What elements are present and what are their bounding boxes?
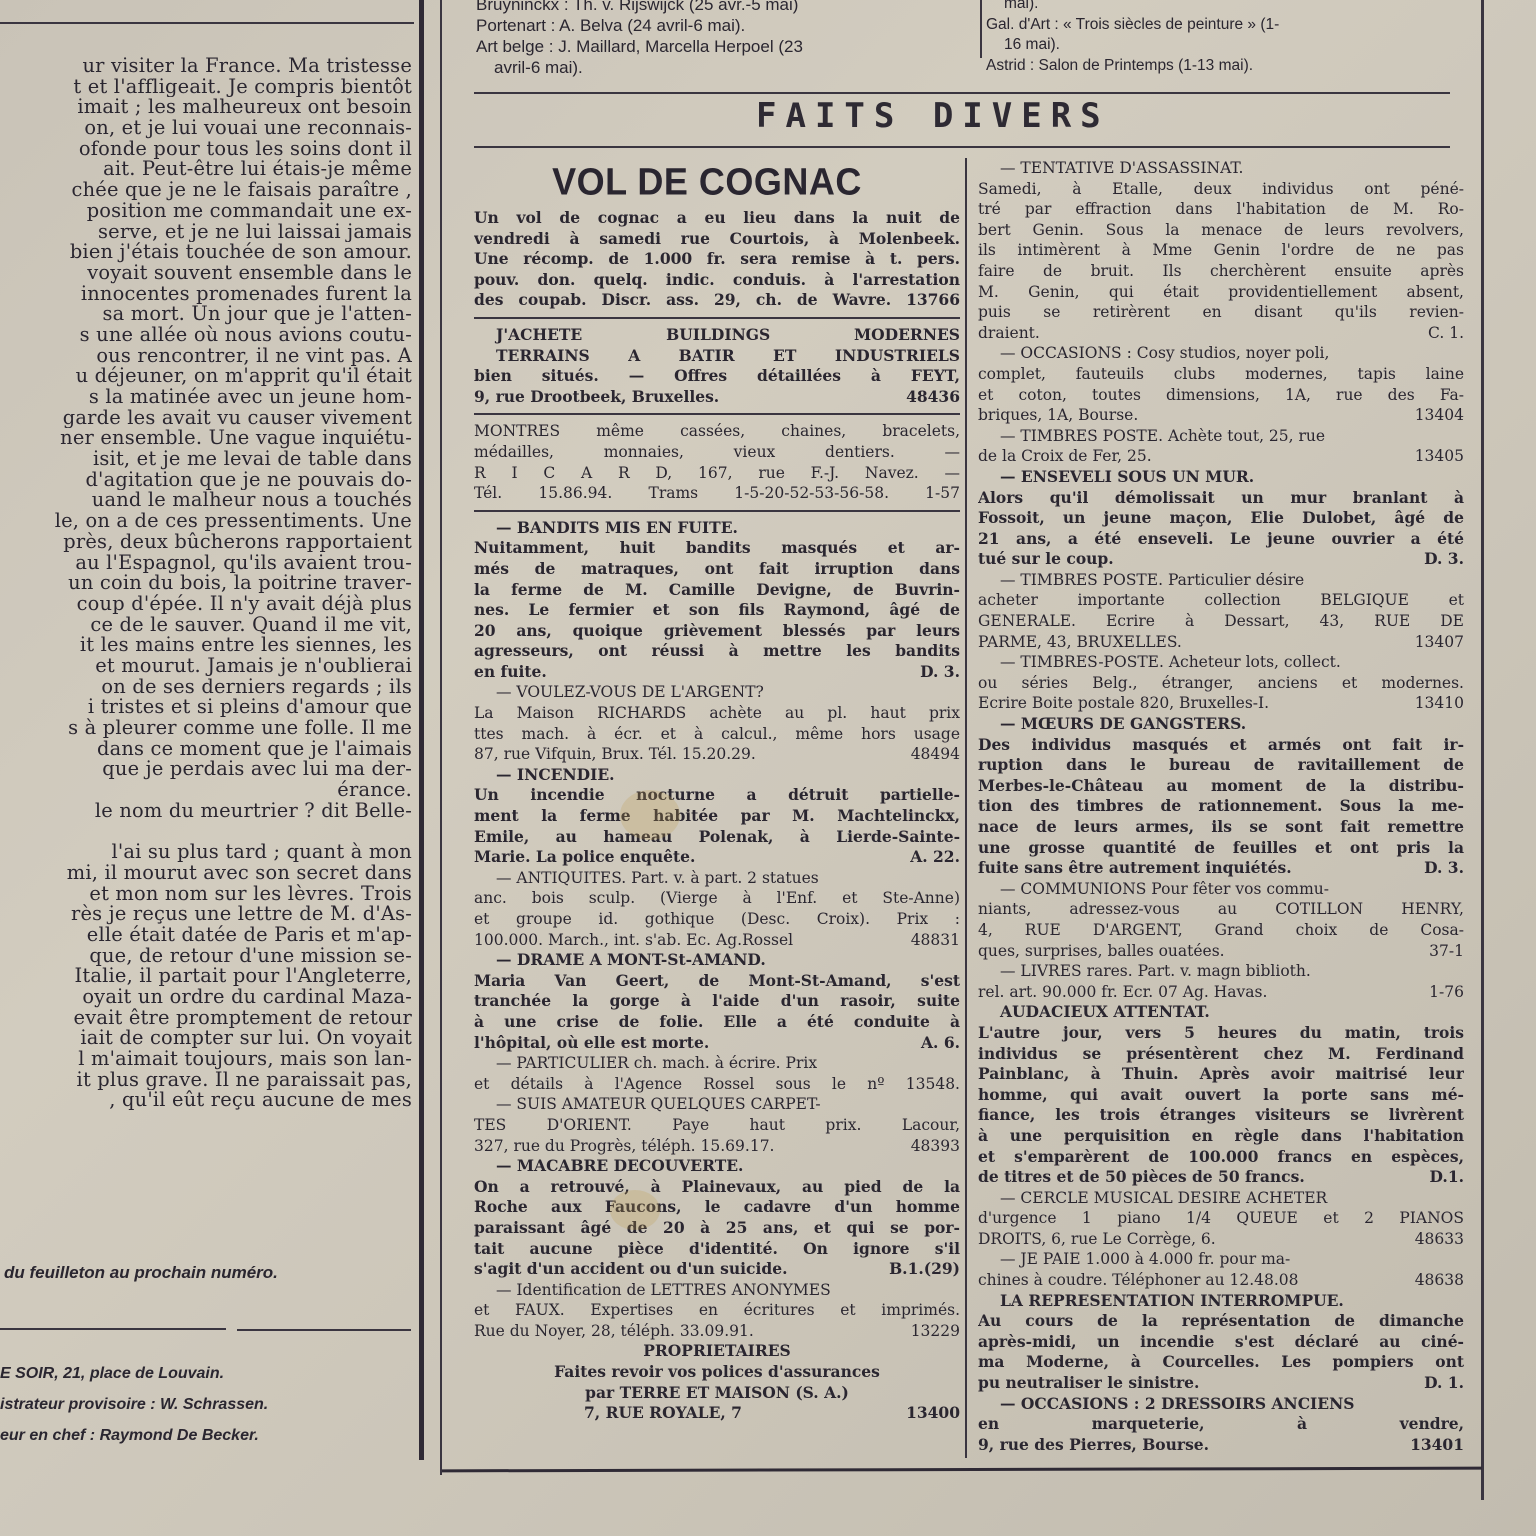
text-line-last: s'agit d'un accident ou d'un suicide.B.1… bbox=[474, 1259, 960, 1280]
text-span: et s'emparèrent de 100.000 francs en esp… bbox=[978, 1147, 1464, 1168]
classified-item: — TIMBRES-POSTE. Acheteur lots, collect.… bbox=[978, 652, 1464, 714]
text-line: et s'emparèrent de 100.000 francs en esp… bbox=[978, 1147, 1464, 1168]
item-heading: — CERCLE MUSICAL DESIRE ACHETER bbox=[978, 1188, 1464, 1209]
text-line: Un vol de cognac a eu lieu dans la nuit … bbox=[474, 208, 960, 229]
text-span: pouv. don. quelq. indic. conduis. à l'ar… bbox=[474, 270, 960, 291]
text-span: médailles, monnaies, vieux dentiers. — bbox=[474, 442, 960, 463]
text-line: M. Genin, qui était providentiellement a… bbox=[978, 282, 1464, 303]
classified-code: 13410 bbox=[1415, 693, 1464, 714]
text-line: fiance, les trois étranges visiteurs se … bbox=[978, 1105, 1464, 1126]
paper-stain bbox=[620, 790, 680, 840]
ad-proprietaires: PROPRIETAIRESFaites revoir vos polices d… bbox=[474, 1341, 960, 1423]
feuilleton-line: sa mort. Un jour que je l'atten- bbox=[0, 304, 412, 325]
text-line: ma Moderne, à Courcelles. Les pompiers o… bbox=[978, 1352, 1464, 1373]
text-span: en marqueterie, à vendre, bbox=[978, 1414, 1464, 1435]
text-line: puis se retirèrent en disant qu'ils revi… bbox=[978, 302, 1464, 323]
classified-code: B.1.(29) bbox=[889, 1259, 960, 1280]
text-span: Marie. La police enquête. bbox=[474, 847, 695, 868]
feuilleton-line: voyait souvent ensemble dans le bbox=[0, 263, 412, 284]
item-heading: AUDACIEUX ATTENTAT. bbox=[978, 1002, 1464, 1023]
text-span: nace de leurs armes, ils se sont fait re… bbox=[978, 817, 1464, 838]
feuilleton-line: iait de compter sur lui. On voyait bbox=[0, 1028, 412, 1049]
text-line: acheter importante collection BELGIQUE e… bbox=[978, 590, 1464, 611]
text-line: niants, adressez-vous au COTILLON HENRY, bbox=[978, 899, 1464, 920]
feuilleton-line: serve, et je ne lui laissai jamais bbox=[0, 222, 412, 243]
divider-rule bbox=[474, 510, 960, 512]
text-span: Samedi, à Etalle, deux individus ont pén… bbox=[978, 179, 1464, 200]
text-span: de titres et de 50 pièces de 50 francs. bbox=[978, 1167, 1305, 1188]
feuilleton-text: ur visiter la France. Ma tristesset et l… bbox=[0, 56, 412, 1111]
text-span: l'hôpital, où elle est morte. bbox=[474, 1033, 709, 1054]
text-span: chines à coudre. Téléphoner au 12.48.08 bbox=[978, 1270, 1299, 1291]
text-line: tranchée la gorge à l'aide d'un rasoir, … bbox=[474, 991, 960, 1012]
ad-buildings: J'ACHETE BUILDINGS MODERNESTERRAINS A BA… bbox=[474, 325, 960, 407]
classified-item: — OCCASIONS : 2 DRESSOIRS ANCIENSen marq… bbox=[978, 1394, 1464, 1456]
text-line: ment la ferme habitée par M. Machtelinck… bbox=[474, 806, 960, 827]
middle-column: VOL DE COGNAC Un vol de cognac a eu lieu… bbox=[474, 158, 960, 1424]
text-line-last: l'hôpital, où elle est morte.A. 6. bbox=[474, 1033, 960, 1054]
text-span: d'urgence 1 piano 1/4 QUEUE et 2 PIANOS bbox=[978, 1208, 1464, 1229]
classified-code: 48494 bbox=[911, 744, 960, 765]
item-heading: LA REPRESENTATION INTERROMPUE. bbox=[978, 1291, 1464, 1312]
text-span: Un incendie nocturne a détruit partielle… bbox=[474, 785, 960, 806]
feuilleton-line: imait ; les malheureux ont besoin bbox=[0, 97, 412, 118]
text-span: anc. bois sculp. (Vierge à l'Enf. et Ste… bbox=[474, 888, 960, 909]
text-span: Un vol de cognac a eu lieu dans la nuit … bbox=[474, 208, 960, 229]
text-span: ou séries Belg., étranger, anciens et mo… bbox=[978, 673, 1464, 694]
text-span: rel. art. 90.000 fr. Ecr. 07 Ag. Havas. bbox=[978, 982, 1267, 1003]
expo-entry: Art belge : J. Maillard, Marcella Herpoe… bbox=[476, 36, 976, 57]
text-line: Tél. 15.86.94. Trams 1-5-20-52-53-56-58.… bbox=[474, 483, 960, 504]
text-span: nes. Le fermier et son fils Raymond, âgé… bbox=[474, 600, 960, 621]
divider-rule bbox=[474, 317, 960, 319]
text-span: Emile, au hameau Polenak, à Lierde-Saint… bbox=[474, 827, 960, 848]
item-heading: — COMMUNIONS Pour fêter vos commu- bbox=[978, 879, 1464, 900]
text-span: L'autre jour, vers 5 heures du matin, tr… bbox=[978, 1023, 1464, 1044]
text-span: fuite sans être autrement inquiétés. bbox=[978, 858, 1292, 879]
feuilleton-line bbox=[0, 821, 412, 842]
text-span: La Maison RICHARDS achète au pl. haut pr… bbox=[474, 703, 960, 724]
text-line: et détails à l'Agence Rossel sous le nº … bbox=[474, 1074, 960, 1095]
text-span: ttes mach. à écr. et à calcul., même hor… bbox=[474, 724, 960, 745]
item-heading: — Identification de LETTRES ANONYMES bbox=[474, 1280, 960, 1301]
expo-entry: Astrid : Salon de Printemps (1-13 mai). bbox=[986, 56, 1476, 77]
text-line: faire de bruit. Ils cherchèrent ensuite … bbox=[978, 261, 1464, 282]
item-heading: — VOULEZ-VOUS DE L'ARGENT? bbox=[474, 682, 960, 703]
text-span: bert Genin. Sous la menace de leurs revo… bbox=[978, 220, 1464, 241]
feuilleton-line: ous rencontrer, il ne vint pas. A bbox=[0, 346, 412, 367]
section-rule bbox=[474, 146, 1450, 148]
text-span: paraissant âgé de 20 à 25 ans, et qui se… bbox=[474, 1218, 960, 1239]
text-line: TERRAINS A BATIR ET INDUSTRIELS bbox=[474, 346, 960, 367]
classified-item: AUDACIEUX ATTENTAT.L'autre jour, vers 5 … bbox=[978, 1002, 1464, 1187]
classified-code: 48436 bbox=[906, 387, 960, 408]
expo-entry: Gal. d'Art : « Trois siècles de peinture… bbox=[986, 15, 1476, 36]
text-span: tué sur le coup. bbox=[978, 549, 1114, 570]
feuilleton-line: garde les avait vu causer vivement bbox=[0, 408, 412, 429]
text-span: à une perquisition en règle dans l'habit… bbox=[978, 1126, 1464, 1147]
text-line: pouv. don. quelq. indic. conduis. à l'ar… bbox=[474, 270, 960, 291]
text-span: 327, rue du Progrès, téléph. 15.69.17. bbox=[474, 1136, 775, 1157]
feuilleton-line: position me commandait une ex- bbox=[0, 201, 412, 222]
text-line: à une perquisition en règle dans l'habit… bbox=[978, 1126, 1464, 1147]
item-heading: — OCCASIONS : Cosy studios, noyer poli, bbox=[978, 343, 1464, 364]
text-line-last: de titres et de 50 pièces de 50 francs.D… bbox=[978, 1167, 1464, 1188]
feuilleton-continuation-note: du feuilleton au prochain numéro. bbox=[4, 1263, 278, 1283]
feuilleton-line: isit, et je me levai de table dans bbox=[0, 449, 412, 470]
text-span: DROITS, 6, rue Le Corrège, 6. bbox=[978, 1229, 1216, 1250]
text-line-last: ques, surprises, balles ouatées.37-1 bbox=[978, 941, 1464, 962]
text-line: ou séries Belg., étranger, anciens et mo… bbox=[978, 673, 1464, 694]
feuilleton-line: s une allée où nous avions coutu- bbox=[0, 325, 412, 346]
item-heading: — ANTIQUITES. Part. v. à part. 2 statues bbox=[474, 868, 960, 889]
classified-code: 48638 bbox=[1415, 1270, 1464, 1291]
classified-item: — LIVRES rares. Part. v. magn biblioth.r… bbox=[978, 961, 1464, 1002]
text-span: tranchée la gorge à l'aide d'un rasoir, … bbox=[474, 991, 960, 1012]
text-span: agresseurs, ont réussi à mettre les band… bbox=[474, 641, 960, 662]
text-line: ruption dans le bureau de ravitaillement… bbox=[978, 755, 1464, 776]
text-span: draient. bbox=[978, 323, 1040, 344]
text-line: agresseurs, ont réussi à mettre les band… bbox=[474, 641, 960, 662]
classified-item: — JE PAIE 1.000 à 4.000 fr. pour ma-chin… bbox=[978, 1249, 1464, 1290]
expo-entry: mai). bbox=[986, 0, 1476, 15]
text-line-last: rel. art. 90.000 fr. Ecr. 07 Ag. Havas.1… bbox=[978, 982, 1464, 1003]
text-span: en fuite. bbox=[474, 662, 547, 683]
text-span: ment la ferme habitée par M. Machtelinck… bbox=[474, 806, 960, 827]
text-span: Rue du Noyer, 28, téléph. 33.09.91. bbox=[474, 1321, 754, 1342]
classified-code: 37-1 bbox=[1429, 941, 1464, 962]
feuilleton-line: et mon nom sur les lèvres. Trois bbox=[0, 884, 412, 905]
item-heading: — DRAME A MONT-St-AMAND. bbox=[474, 950, 960, 971]
text-line: et coton, toutes dimensions, 1A, rue des… bbox=[978, 385, 1464, 406]
classified-code: D. 1. bbox=[1424, 1373, 1464, 1394]
text-span: complet, fauteuils clubs modernes, tapis… bbox=[978, 364, 1464, 385]
divider-rule bbox=[0, 1328, 226, 1330]
classified-item: — CERCLE MUSICAL DESIRE ACHETERd'urgence… bbox=[978, 1188, 1464, 1250]
text-line: R I C A R D, 167, rue F.-J. Navez. — bbox=[474, 463, 960, 484]
classified-item: — TIMBRES POSTE. Achète tout, 25, ruede … bbox=[978, 426, 1464, 467]
text-span: homme, qui avait ouvert la porte sans mé… bbox=[978, 1085, 1464, 1106]
text-line-last: chines à coudre. Téléphoner au 12.48.084… bbox=[978, 1270, 1464, 1291]
text-line: par TERRE ET MAISON (S. A.) bbox=[474, 1383, 960, 1404]
text-span: ruption dans le bureau de ravitaillement… bbox=[978, 755, 1464, 776]
text-line: Fossoit, un jeune maçon, Elie Dulobet, â… bbox=[978, 508, 1464, 529]
classified-item: — ENSEVELI SOUS UN MUR.Alors qu'il démol… bbox=[978, 467, 1464, 570]
classified-item: — COMMUNIONS Pour fêter vos commu-niants… bbox=[978, 879, 1464, 961]
text-line-last: DROITS, 6, rue Le Corrège, 6.48633 bbox=[978, 1229, 1464, 1250]
item-heading: — ENSEVELI SOUS UN MUR. bbox=[978, 467, 1464, 488]
text-line: tion des timbres de rationnement. Sous l… bbox=[978, 796, 1464, 817]
divider-rule bbox=[237, 1329, 411, 1331]
feuilleton-line: , qu'il eût reçu aucune de mes bbox=[0, 1090, 412, 1111]
text-line: médailles, monnaies, vieux dentiers. — bbox=[474, 442, 960, 463]
text-line: des coupab. Discr. ass. 29, ch. de Wavre… bbox=[474, 290, 960, 311]
text-span: més de matraques, ont fait irruption dan… bbox=[474, 559, 960, 580]
text-span: R I C A R D, 167, rue F.-J. Navez. — bbox=[474, 463, 960, 484]
text-span: et FAUX. Expertises en écritures et impr… bbox=[474, 1300, 960, 1321]
text-line: ils intimèrent à Mme Genin l'ordre de ne… bbox=[978, 240, 1464, 261]
text-span: Maria Van Geert, de Mont-St-Amand, s'est bbox=[474, 971, 960, 992]
text-span: Nuitamment, huit bandits masqués et ar- bbox=[474, 538, 960, 559]
expositions-listing: Bruyninckx : Th. v. Rijswijck (25 avr.-5… bbox=[476, 0, 1476, 80]
feuilleton-line: dans ce moment que je l'aimais bbox=[0, 739, 412, 760]
text-span: On a retrouvé, à Plainevaux, au pied de … bbox=[474, 1177, 960, 1198]
box-border-right bbox=[1481, 0, 1484, 1500]
paper-stain bbox=[610, 1190, 660, 1230]
text-line: tré par effraction dans l'habitation de … bbox=[978, 199, 1464, 220]
text-line: més de matraques, ont fait irruption dan… bbox=[474, 559, 960, 580]
bottom-rule bbox=[442, 1467, 1482, 1473]
imprint-editor: eur en chef : Raymond De Becker. bbox=[0, 1420, 268, 1451]
text-line-last: de la Croix de Fer, 25.13405 bbox=[978, 446, 1464, 467]
feuilleton-line: érance. bbox=[0, 780, 412, 801]
text-span: à une crise de folie. Elle a été conduit… bbox=[474, 1012, 960, 1033]
text-line: Merbes-le-Château au moment de la distri… bbox=[978, 776, 1464, 797]
text-line-last: 9, rue des Pierres, Bourse.13401 bbox=[978, 1435, 1464, 1456]
text-span: TES D'ORIENT. Paye haut prix. Lacour, bbox=[474, 1115, 960, 1136]
text-span: Alors qu'il démolissait un mur branlant … bbox=[978, 488, 1464, 509]
text-line: paraissant âgé de 20 à 25 ans, et qui se… bbox=[474, 1218, 960, 1239]
item-heading: — INCENDIE. bbox=[474, 765, 960, 786]
classified-code: A. 6. bbox=[921, 1033, 960, 1054]
text-span: M. Genin, qui était providentiellement a… bbox=[978, 282, 1464, 303]
feuilleton-line: le, on a de ces pressentiments. Une bbox=[0, 511, 412, 532]
text-span: TERRAINS A BATIR ET INDUSTRIELS bbox=[496, 346, 960, 367]
text-line: La Maison RICHARDS achète au pl. haut pr… bbox=[474, 703, 960, 724]
text-line: Au cours de la représentation de dimanch… bbox=[978, 1311, 1464, 1332]
expositions-right: mai). Gal. d'Art : « Trois siècles de pe… bbox=[986, 0, 1476, 76]
box-border-left bbox=[440, 0, 442, 1475]
feuilleton-line: t et l'affligeait. Je compris bientôt bbox=[0, 77, 412, 98]
text-line-last: en fuite.D. 3. bbox=[474, 662, 960, 683]
headline-vol-de-cognac: VOL DE COGNAC bbox=[454, 159, 960, 205]
classified-item: — TIMBRES POSTE. Particulier désireachet… bbox=[978, 570, 1464, 652]
text-span: Tél. 15.86.94. Trams 1-5-20-52-53-56-58.… bbox=[474, 483, 960, 504]
classified-code: D. 3. bbox=[1424, 549, 1464, 570]
publisher-imprint: E SOIR, 21, place de Louvain. istrateur … bbox=[0, 1358, 268, 1451]
feuilleton-line: ce de le sauver. Quand il me vit, bbox=[0, 615, 412, 636]
text-span: la ferme de M. Camille Devigne, de Buvri… bbox=[474, 580, 960, 601]
text-span: faire de bruit. Ils cherchèrent ensuite … bbox=[978, 261, 1464, 282]
text-span: 100.000. March., int. s'ab. Ec. Ag.Rosse… bbox=[474, 930, 793, 951]
classified-code: D. 3. bbox=[1424, 858, 1464, 879]
text-span: 7, RUE ROYALE, 7 bbox=[584, 1403, 742, 1424]
item-heading: — TIMBRES POSTE. Achète tout, 25, rue bbox=[978, 426, 1464, 447]
text-line-last: PARME, 43, BRUXELLES.13407 bbox=[978, 632, 1464, 653]
classified-code: 13405 bbox=[1415, 446, 1464, 467]
text-line-last: 327, rue du Progrès, téléph. 15.69.17.48… bbox=[474, 1136, 960, 1157]
text-span: et détails à l'Agence Rossel sous le nº … bbox=[474, 1074, 960, 1095]
classified-code: 13407 bbox=[1415, 632, 1464, 653]
text-line: ttes mach. à écr. et à calcul., même hor… bbox=[474, 724, 960, 745]
feuilleton-line: l'ai su plus tard ; quant à mon bbox=[0, 842, 412, 863]
expositions-left: Bruyninckx : Th. v. Rijswijck (25 avr.-5… bbox=[476, 0, 976, 78]
text-line-last: draient.C. 1. bbox=[978, 323, 1464, 344]
expo-entry: 16 mai). bbox=[986, 35, 1476, 56]
classified-code: 13404 bbox=[1415, 405, 1464, 426]
feuilleton-line: innocentes promenades furent la bbox=[0, 284, 412, 305]
text-span: des coupab. Discr. ass. 29, ch. de Wavre… bbox=[474, 290, 960, 311]
item-heading: — TIMBRES POSTE. Particulier désire bbox=[978, 570, 1464, 591]
text-span: PARME, 43, BRUXELLES. bbox=[978, 632, 1182, 653]
item-heading: — BANDITS MIS EN FUITE. bbox=[474, 518, 960, 539]
text-line-last: briques, 1A, Bourse.13404 bbox=[978, 405, 1464, 426]
text-line: à une crise de folie. Elle a été conduit… bbox=[474, 1012, 960, 1033]
feuilleton-line: ner ensemble. Une vague inquiétu- bbox=[0, 428, 412, 449]
classified-item: — MACABRE DECOUVERTE.On a retrouvé, à Pl… bbox=[474, 1156, 960, 1280]
text-span: après-midi, un incendie s'est déclaré au… bbox=[978, 1332, 1464, 1353]
text-line-last: pu neutraliser le sinistre.D. 1. bbox=[978, 1373, 1464, 1394]
item-heading: — MŒURS DE GANGSTERS. bbox=[978, 714, 1464, 735]
feuilleton-line: près, deux bûcherons rapportaient bbox=[0, 532, 412, 553]
feuilleton-line: un coin du bois, la poitrine traver- bbox=[0, 573, 412, 594]
right-items: — TENTATIVE D'ASSASSINAT.Samedi, à Etall… bbox=[978, 158, 1464, 1455]
feuilleton-line: au l'Espagnol, qu'ils avaient trou- bbox=[0, 553, 412, 574]
text-line: 4, RUE D'ARGENT, Grand choix de Cosa- bbox=[978, 920, 1464, 941]
text-line: nes. Le fermier et son fils Raymond, âgé… bbox=[474, 600, 960, 621]
text-span: s'agit d'un accident ou d'un suicide. bbox=[474, 1259, 787, 1280]
item-heading: — LIVRES rares. Part. v. magn biblioth. bbox=[978, 961, 1464, 982]
feuilleton-line: rès je reçus une lettre de M. d'As- bbox=[0, 904, 412, 925]
text-span: MONTRES même cassées, chaines, bracelets… bbox=[474, 421, 960, 442]
classified-code: 48831 bbox=[911, 930, 960, 951]
item-heading: — TENTATIVE D'ASSASSINAT. bbox=[978, 158, 1464, 179]
expo-entry: Bruyninckx : Th. v. Rijswijck (25 avr.-5… bbox=[476, 0, 976, 15]
classified-item: — TENTATIVE D'ASSASSINAT.Samedi, à Etall… bbox=[978, 158, 1464, 343]
classified-code: A. 22. bbox=[910, 847, 960, 868]
text-line: et groupe id. gothique (Desc. Croix). Pr… bbox=[474, 909, 960, 930]
text-line: MONTRES même cassées, chaines, bracelets… bbox=[474, 421, 960, 442]
text-line-last: 9, rue Drootbeek, Bruxelles.48436 bbox=[474, 387, 960, 408]
text-line: nace de leurs armes, ils se sont fait re… bbox=[978, 817, 1464, 838]
divider-rule bbox=[474, 413, 960, 415]
article-vol-de-cognac: Un vol de cognac a eu lieu dans la nuit … bbox=[474, 208, 960, 311]
classified-item: — OCCASIONS : Cosy studios, noyer poli,c… bbox=[978, 343, 1464, 425]
text-span: ma Moderne, à Courcelles. Les pompiers o… bbox=[978, 1352, 1464, 1373]
item-heading: — TIMBRES-POSTE. Acheteur lots, collect. bbox=[978, 652, 1464, 673]
classified-code: 48633 bbox=[1415, 1229, 1464, 1250]
text-span: Fossoit, un jeune maçon, Elie Dulobet, â… bbox=[978, 508, 1464, 529]
feuilleton-line: uand le malheur nous a touchés bbox=[0, 490, 412, 511]
classified-item: — BANDITS MIS EN FUITE.Nuitamment, huit … bbox=[474, 518, 960, 683]
classified-item: — VOULEZ-VOUS DE L'ARGENT?La Maison RICH… bbox=[474, 682, 960, 764]
text-line: complet, fauteuils clubs modernes, tapis… bbox=[978, 364, 1464, 385]
text-span: acheter importante collection BELGIQUE e… bbox=[978, 590, 1464, 611]
classified-code: 13229 bbox=[911, 1321, 960, 1342]
classified-code: C. 1. bbox=[1428, 323, 1464, 344]
text-span: Merbes-le-Château au moment de la distri… bbox=[978, 776, 1464, 797]
column-divider bbox=[965, 158, 967, 1458]
middle-items: — BANDITS MIS EN FUITE.Nuitamment, huit … bbox=[474, 518, 960, 1342]
text-span: pu neutraliser le sinistre. bbox=[978, 1373, 1199, 1394]
feuilleton-line: et mourut. Jamais je n'oublierai bbox=[0, 656, 412, 677]
feuilleton-line: bien j'étais touchée de son amour. bbox=[0, 242, 412, 263]
text-span: une grosse quantité de feuilles et ont p… bbox=[978, 838, 1464, 859]
text-line: Emile, au hameau Polenak, à Lierde-Saint… bbox=[474, 827, 960, 848]
text-span: niants, adressez-vous au COTILLON HENRY, bbox=[978, 899, 1464, 920]
text-span: Des individus masqués et armés ont fait … bbox=[978, 735, 1464, 756]
classified-code: 13400 bbox=[906, 1403, 960, 1424]
feuilleton-line: on de ses derniers regards ; ils bbox=[0, 677, 412, 698]
feuilleton-line: l m'aimait toujours, mais son lan- bbox=[0, 1049, 412, 1070]
section-title: FAITS DIVERS bbox=[756, 96, 1110, 136]
item-heading: PROPRIETAIRES bbox=[474, 1341, 960, 1362]
text-span: de la Croix de Fer, 25. bbox=[978, 446, 1152, 467]
text-line-last: Ecrire Boite postale 820, Bruxelles-I.13… bbox=[978, 693, 1464, 714]
text-line: Faites revoir vos polices d'assurances bbox=[474, 1362, 960, 1383]
feuilleton-line: it plus grave. Il ne paraissait pas, bbox=[0, 1070, 412, 1091]
text-span: tré par effraction dans l'habitation de … bbox=[978, 199, 1464, 220]
item-heading: — JE PAIE 1.000 à 4.000 fr. pour ma- bbox=[978, 1249, 1464, 1270]
feuilleton-line: it les mains entre les siennes, les bbox=[0, 635, 412, 656]
text-span: 87, rue Vifquin, Brux. Tél. 15.20.29. bbox=[474, 744, 756, 765]
classified-code: 13401 bbox=[1410, 1435, 1464, 1456]
text-span: Ecrire Boite postale 820, Bruxelles-I. bbox=[978, 693, 1269, 714]
classified-item: — Identification de LETTRES ANONYMESet F… bbox=[474, 1280, 960, 1342]
text-line: et FAUX. Expertises en écritures et impr… bbox=[474, 1300, 960, 1321]
text-span: ils intimèrent à Mme Genin l'ordre de ne… bbox=[978, 240, 1464, 261]
text-line-last: 7, RUE ROYALE, 713400 bbox=[474, 1403, 960, 1424]
classified-item: — PARTICULIER ch. mach. à écrire. Prixet… bbox=[474, 1053, 960, 1094]
feuilleton-line: que je perdais avec lui ma der- bbox=[0, 759, 412, 780]
text-line: Maria Van Geert, de Mont-St-Amand, s'est bbox=[474, 971, 960, 992]
expo-entry: Portenart : A. Belva (24 avril-6 mai). bbox=[476, 15, 976, 36]
text-line-last: Marie. La police enquête.A. 22. bbox=[474, 847, 960, 868]
feuilleton-line: s à pleurer comme une folle. Il me bbox=[0, 718, 412, 739]
classified-code: D. 3. bbox=[920, 662, 960, 683]
text-line-last: 100.000. March., int. s'ab. Ec. Ag.Rosse… bbox=[474, 930, 960, 951]
text-line: d'urgence 1 piano 1/4 QUEUE et 2 PIANOS bbox=[978, 1208, 1464, 1229]
text-span: ques, surprises, balles ouatées. bbox=[978, 941, 1225, 962]
classified-item: — INCENDIE.Un incendie nocturne a détrui… bbox=[474, 765, 960, 868]
text-line-last: tué sur le coup.D. 3. bbox=[978, 549, 1464, 570]
text-line: Samedi, à Etalle, deux individus ont pén… bbox=[978, 179, 1464, 200]
text-span: Painblanc, à Thuin. Après avoir maitrisé… bbox=[978, 1064, 1464, 1085]
classified-item: — SUIS AMATEUR QUELQUES CARPET-TES D'ORI… bbox=[474, 1094, 960, 1156]
text-span: GENERALE. Ecrire à Dessart, 43, RUE DE bbox=[978, 611, 1464, 632]
item-heading: — OCCASIONS : 2 DRESSOIRS ANCIENS bbox=[978, 1394, 1464, 1415]
text-span: vendredi à samedi rue Courtois, à Molenb… bbox=[474, 229, 960, 250]
text-span: puis se retirèrent en disant qu'ils revi… bbox=[978, 302, 1464, 323]
text-span: 4, RUE D'ARGENT, Grand choix de Cosa- bbox=[978, 920, 1464, 941]
text-line-last: 87, rue Vifquin, Brux. Tél. 15.20.29.484… bbox=[474, 744, 960, 765]
feuilleton-line: s la matinée avec un jeune hom- bbox=[0, 387, 412, 408]
text-line: bert Genin. Sous la menace de leurs revo… bbox=[978, 220, 1464, 241]
text-line: Une récomp. de 1.000 fr. sera remise à t… bbox=[474, 249, 960, 270]
text-line: tait aucune pièce d'identité. On ignore … bbox=[474, 1239, 960, 1260]
text-span: tait aucune pièce d'identité. On ignore … bbox=[474, 1239, 960, 1260]
feuilleton-line: oyait un ordre du cardinal Maza- bbox=[0, 987, 412, 1008]
classified-item: LA REPRESENTATION INTERROMPUE.Au cours d… bbox=[978, 1291, 1464, 1394]
feuilleton-line: chée que je ne le faisais paraître , bbox=[0, 180, 412, 201]
column-border bbox=[419, 0, 424, 1460]
text-line: 21 ans, a été enseveli. Le jeune ouvrier… bbox=[978, 529, 1464, 550]
feuilleton-line: coup d'épée. Il n'y avait déjà plus bbox=[0, 594, 412, 615]
text-line: 20 ans, quoique grièvement blessés par l… bbox=[474, 621, 960, 642]
text-span: tion des timbres de rationnement. Sous l… bbox=[978, 796, 1464, 817]
classified-item: — ANTIQUITES. Part. v. à part. 2 statues… bbox=[474, 868, 960, 950]
text-span: et groupe id. gothique (Desc. Croix). Pr… bbox=[474, 909, 960, 930]
text-span: bien situés. — Offres détaillées à FEYT, bbox=[474, 366, 960, 387]
item-heading: — SUIS AMATEUR QUELQUES CARPET- bbox=[474, 1094, 960, 1115]
imprint-address: E SOIR, 21, place de Louvain. bbox=[0, 1358, 268, 1389]
feuilleton-line: evait être promptement de retour bbox=[0, 1008, 412, 1029]
ad-montres: MONTRES même cassées, chaines, bracelets… bbox=[474, 421, 960, 503]
text-line: Painblanc, à Thuin. Après avoir maitrisé… bbox=[978, 1064, 1464, 1085]
feuilleton-line: ur visiter la France. Ma tristesse bbox=[0, 56, 412, 77]
text-line: TES D'ORIENT. Paye haut prix. Lacour, bbox=[474, 1115, 960, 1136]
top-rule bbox=[0, 22, 414, 24]
